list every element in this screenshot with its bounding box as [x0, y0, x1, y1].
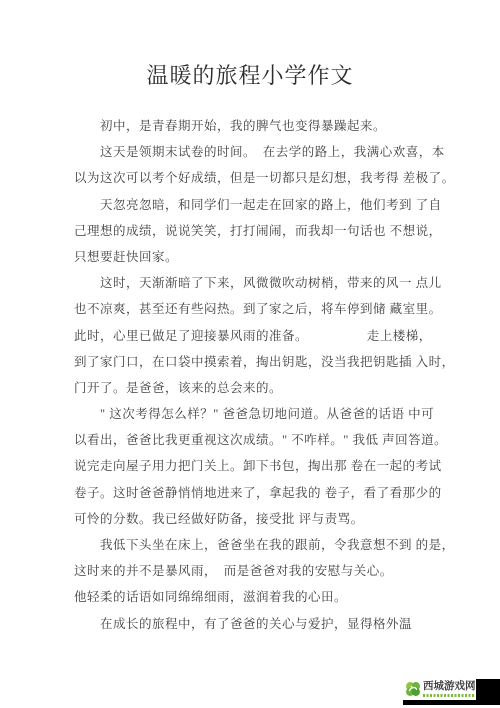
essay-line: 以为这次可以考个好成绩，但是一切都只是幻想，我考得 差极了。: [74, 165, 470, 191]
watermark-card: 西城游戏网: [403, 677, 476, 700]
essay-title: 温暖的旅程小学作文: [0, 59, 500, 90]
essay-line: 这时，天渐渐暗了下来，风微微吹动树梢，带来的风一 点儿: [74, 270, 470, 296]
site-name: 西城游戏网: [423, 680, 476, 692]
essay-line: 只想要赶快回家。: [74, 244, 470, 270]
essay-line: 也不凉爽，甚至还有些闷热。到了家之后，将车停到储 藏室里。: [74, 296, 470, 322]
watermark-text-column: 西城游戏网: [423, 680, 476, 697]
essay-line: " 这次考得怎么样？" 爸爸急切地问道。从爸爸的话语 中可: [74, 401, 470, 427]
essay-line: 他轻柔的话语如同绵绵细雨，滋润着我的心田。: [74, 584, 470, 610]
essay-line: 在成长的旅程中，有了爸爸的关心与爱护，显得格外温: [74, 611, 470, 637]
essay-body: 初中，是青春期开始，我的脾气也变得暴躁起来。这天是领期末试卷的时间。 在去学的路…: [74, 113, 470, 637]
essay-line: 这天是领期末试卷的时间。 在去学的路上，我满心欢喜，本: [74, 139, 470, 165]
essay-line: 此时，心里已做足了迎接暴风雨的准备。 走上楼梯，: [74, 323, 470, 349]
essay-line: 以看出，爸爸比我更重视这次成绩。" 不咋样。" 我低 声回答道。: [74, 427, 470, 453]
site-logo-icon: [405, 681, 421, 697]
essay-line: 门开了。是爸爸，该来的总会来的。: [74, 375, 470, 401]
essay-line: 这时来的并不是暴风雨， 而是爸爸对我的安慰与关心。: [74, 558, 470, 584]
essay-line: 初中，是青春期开始，我的脾气也变得暴躁起来。: [74, 113, 470, 139]
essay-line: 到了家门口，在口袋中摸索着，掏出钥匙，没当我把钥匙插 入时，: [74, 349, 470, 375]
essay-line: 天忽亮忽暗，和同学们一起走在回家的路上，他们考到 了自: [74, 192, 470, 218]
document-page: 温暖的旅程小学作文 初中，是青春期开始，我的脾气也变得暴躁起来。这天是领期末试卷…: [0, 0, 500, 708]
essay-line: 说完走向屋子用力把门关上。卸下书包，掏出那 卷在一起的考试: [74, 453, 470, 479]
essay-line: 己理想的成绩，说说笑笑，打打闹闹，而我却一句话也 不想说，: [74, 218, 470, 244]
essay-line: 我低下头坐在床上，爸爸坐在我的跟前，令我意想不到 的是，: [74, 532, 470, 558]
watermark-badge: 西城游戏网: [403, 679, 500, 705]
site-tagline-strip: [423, 694, 475, 697]
essay-line: 卷子。这时爸爸静悄悄地进来了，拿起我的 卷子，看了看那少的: [74, 480, 470, 506]
essay-line: 可怜的分数。我已经做好防备，接受批 评与责骂。: [74, 506, 470, 532]
